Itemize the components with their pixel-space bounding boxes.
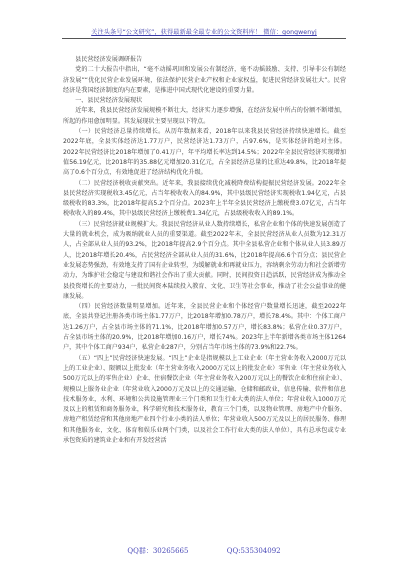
paragraph: （三）民营经济就业规模扩大。我县民营经济从业人数持续增长，私营企业和个体的快速发… [63,220,346,302]
header-banner: 关注头条号“公文研究”，获得最新最全最专业的公文资料库！ 微信：gongweny… [62,27,346,39]
header-banner-link[interactable]: 关注头条号“公文研究”，获得最新最全最专业的公文资料库！ 微信：gongweny… [62,27,346,36]
section-heading: 一、县民营经济发展现状 [63,96,346,106]
paragraph: （四）民营经济数量明显增加。近年来，全县民营企业和个体经营户数量增长迅速，截至2… [63,302,346,353]
qq-label: QQ:535304092 [227,547,281,555]
document-title: 县民营经济发展调研报告 [63,55,346,65]
qq-group-label: QQ群：30265665 [127,547,188,555]
paragraph: 近年来，我县民营经济发展规模不断壮大，经济实力逐步增强，在经济发展中所占的份额不… [63,106,346,127]
paragraph: （二）民营经济税收贡献突出。近年来，我县接续优化减税降费结构提振民营经济发展。2… [63,179,346,220]
paragraph: （五）“四上”民营经济快速发展。“四上”企业是指规模以上工业企业（年主营业务收入… [63,354,346,447]
paragraph: （一）民营经济总量持续增长。从历年数据来看，2018年以来我县民营经济持续快速增… [63,127,346,178]
document-body: 县民营经济发展调研报告 党的二十大报告中指出，“毫不动摇巩固和发展公有制经济，毫… [63,55,346,446]
paragraph-intro: 党的二十大报告中指出，“毫不动摇巩固和发展公有制经济，毫不动摇鼓励、支持、引导非… [63,65,346,96]
footer: QQ群：30265665 QQ:535304092 [0,546,408,556]
